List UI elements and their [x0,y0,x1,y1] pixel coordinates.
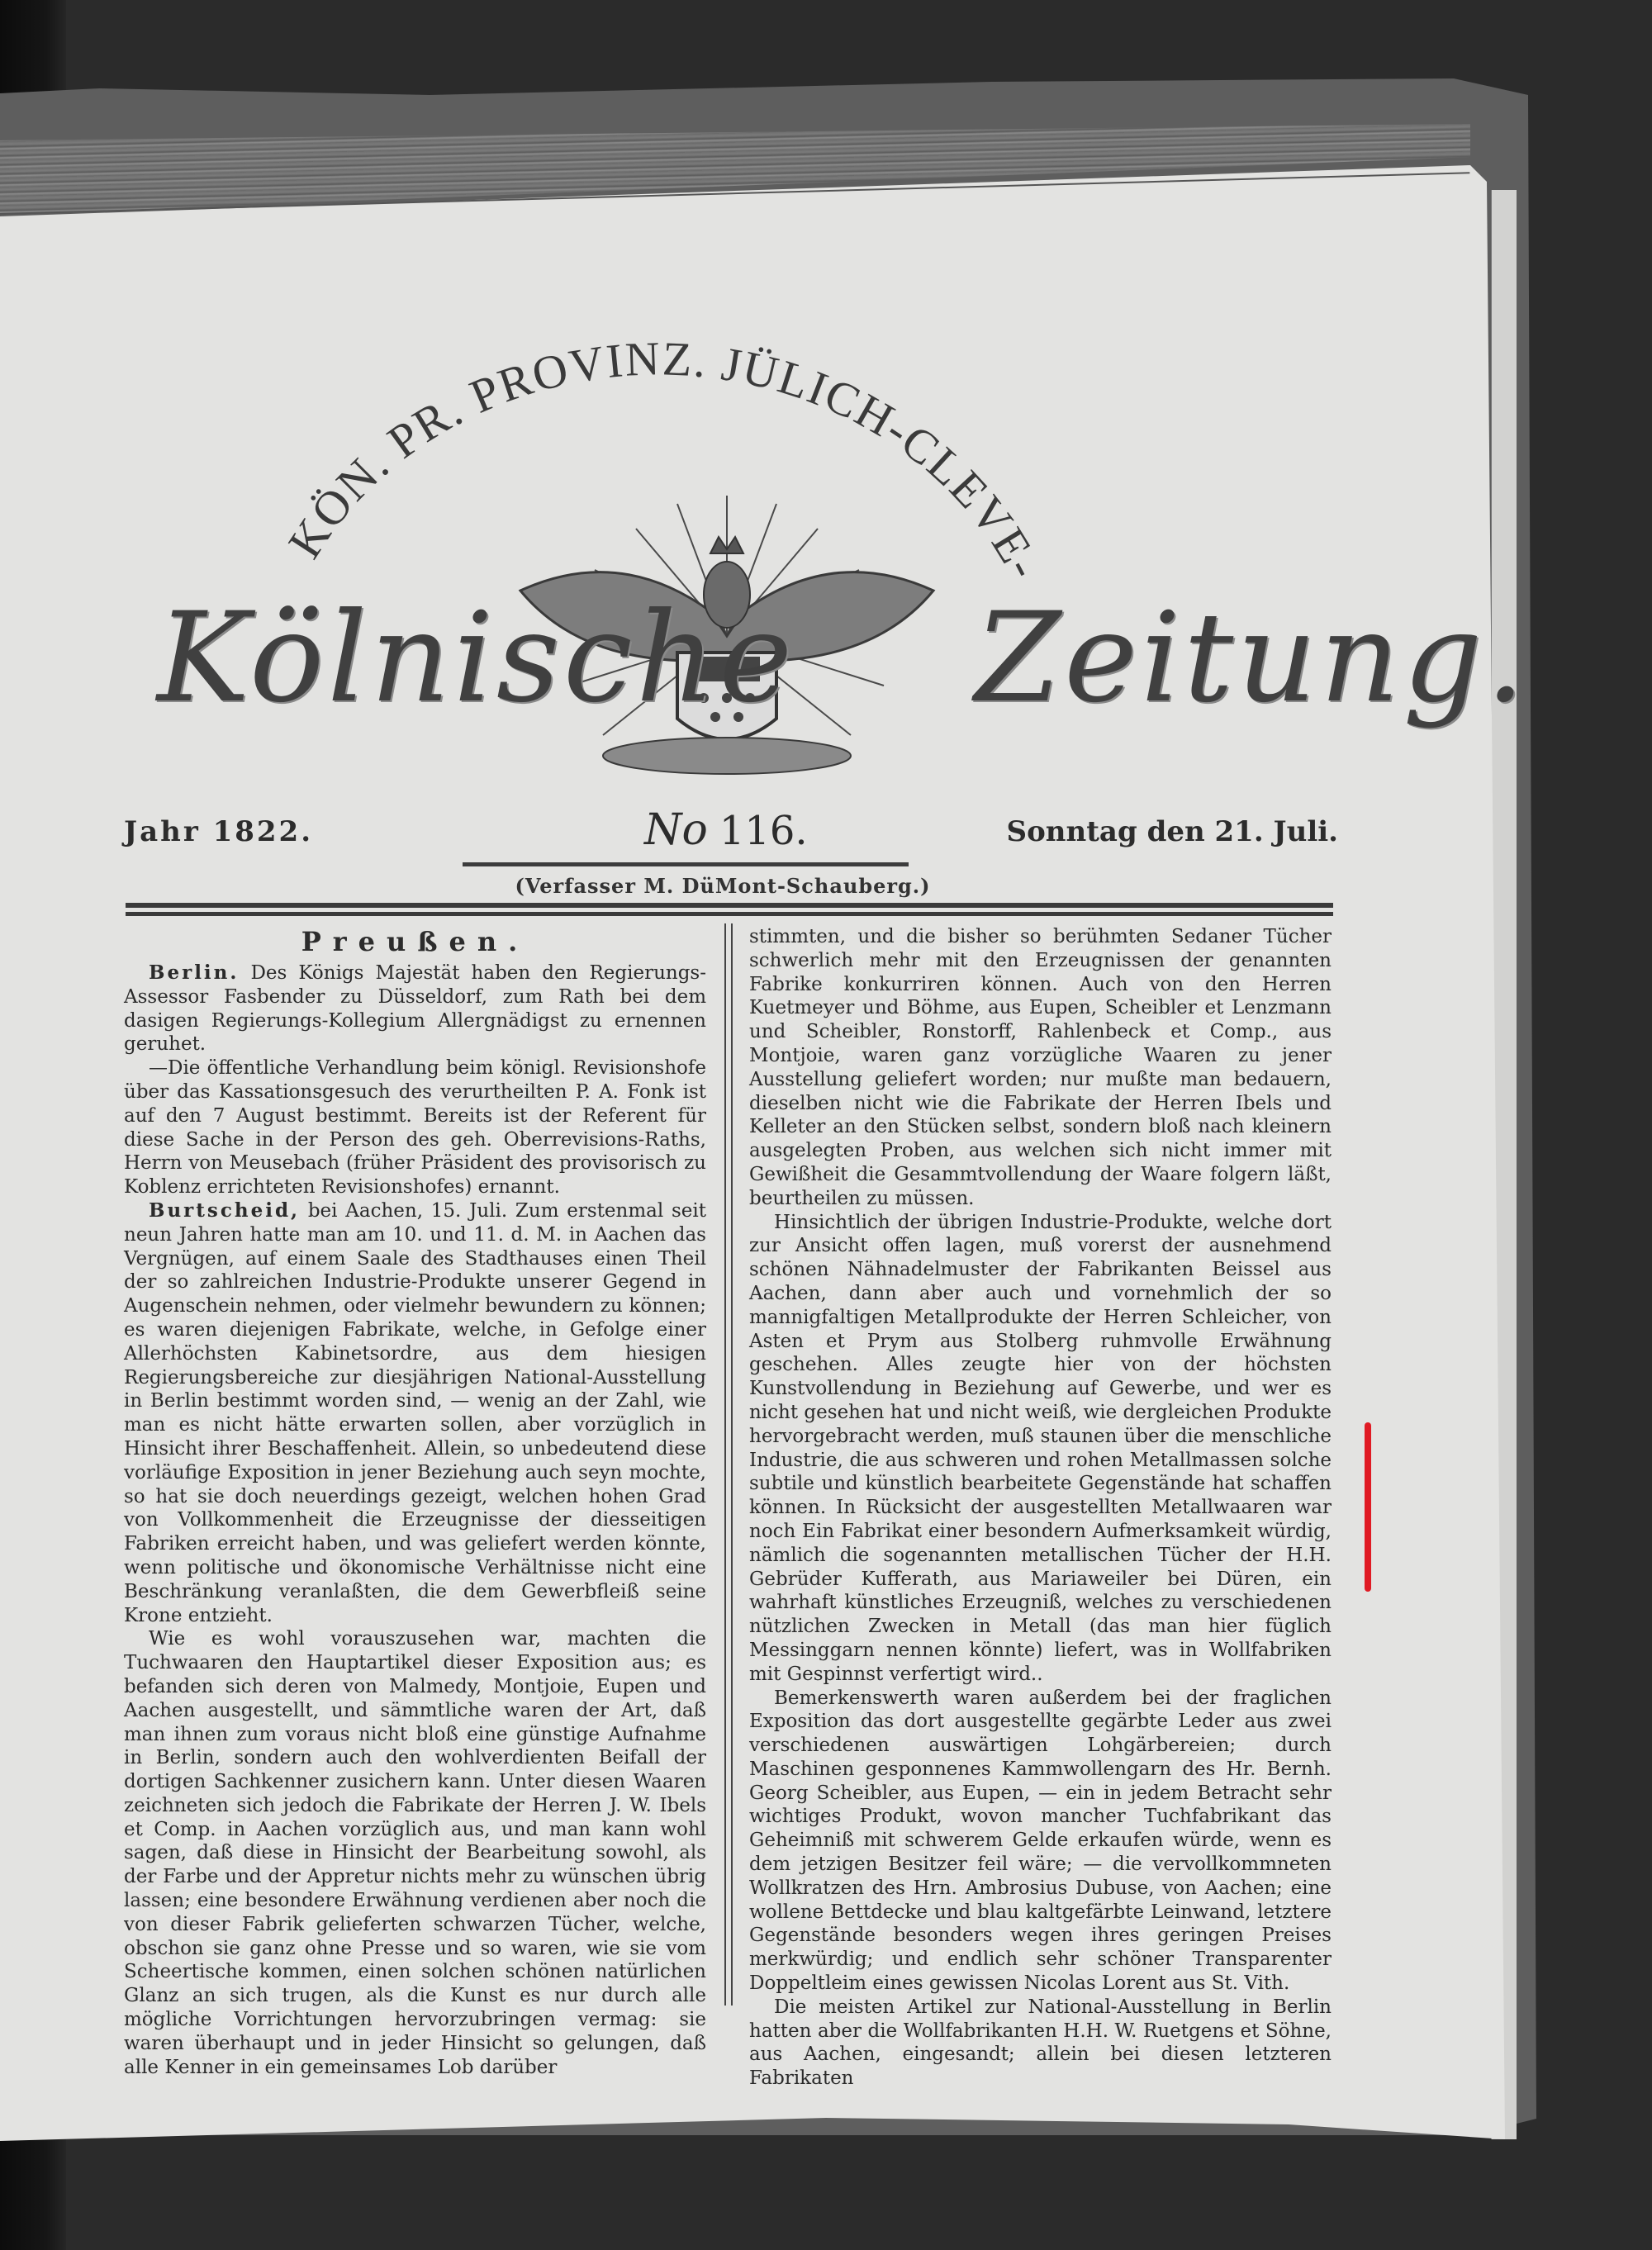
dateline-lead: Berlin. [149,961,239,984]
masthead: KÖN. PR. PROVINZ. JÜLICH-CLEVE-BERG. Köl… [124,314,1322,776]
dateline-lead: Burtscheid, [149,1199,300,1222]
article-paragraph: Hinsichtlich der übrigen Industrie-Produ… [749,1211,1332,1687]
article-paragraph-continued: stimmten, und die bisher so berühmten Se… [749,925,1332,1211]
issue-year: Jahr 1822. [124,815,313,848]
article-paragraph: Berlin. Des Königs Majestät haben den Re… [124,961,706,1056]
header-rule [463,862,909,866]
left-column: Preußen. Berlin. Des Königs Majestät hab… [124,925,706,2079]
column-divider [724,923,733,2006]
article-paragraph: Bemerkenswerth waren außerdem bei der fr… [749,1687,1332,1996]
number-value: 116. [719,808,808,854]
article-paragraph: —Die öffentliche Verhandlung beim königl… [124,1056,706,1199]
article-paragraph: Burtscheid, bei Aachen, 15. Juli. Zum er… [124,1199,706,1627]
issue-number: No116. [644,805,808,855]
editor-line: (Verfasser M. DüMont-Schauberg.) [248,874,1198,898]
masthead-title-right: Zeitung. [975,586,1528,730]
double-rule-divider [126,903,1333,916]
number-prefix: No [644,805,708,855]
issue-date: Sonntag den 21. Juli. [1007,815,1338,848]
dateline: Jahr 1822. No116. Sonntag den 21. Juli. [124,805,1338,855]
section-heading: Preußen. [124,925,706,958]
red-margin-annotation [1365,1422,1371,1592]
masthead-title-left: Kölnische [157,586,795,730]
article-paragraph: Wie es wohl vorauszusehen war, machten d… [124,1627,706,2079]
article-paragraph: Die meisten Artikel zur National-Ausstel… [749,1996,1332,2091]
right-column: stimmten, und die bisher so berühmten Se… [749,925,1332,2091]
